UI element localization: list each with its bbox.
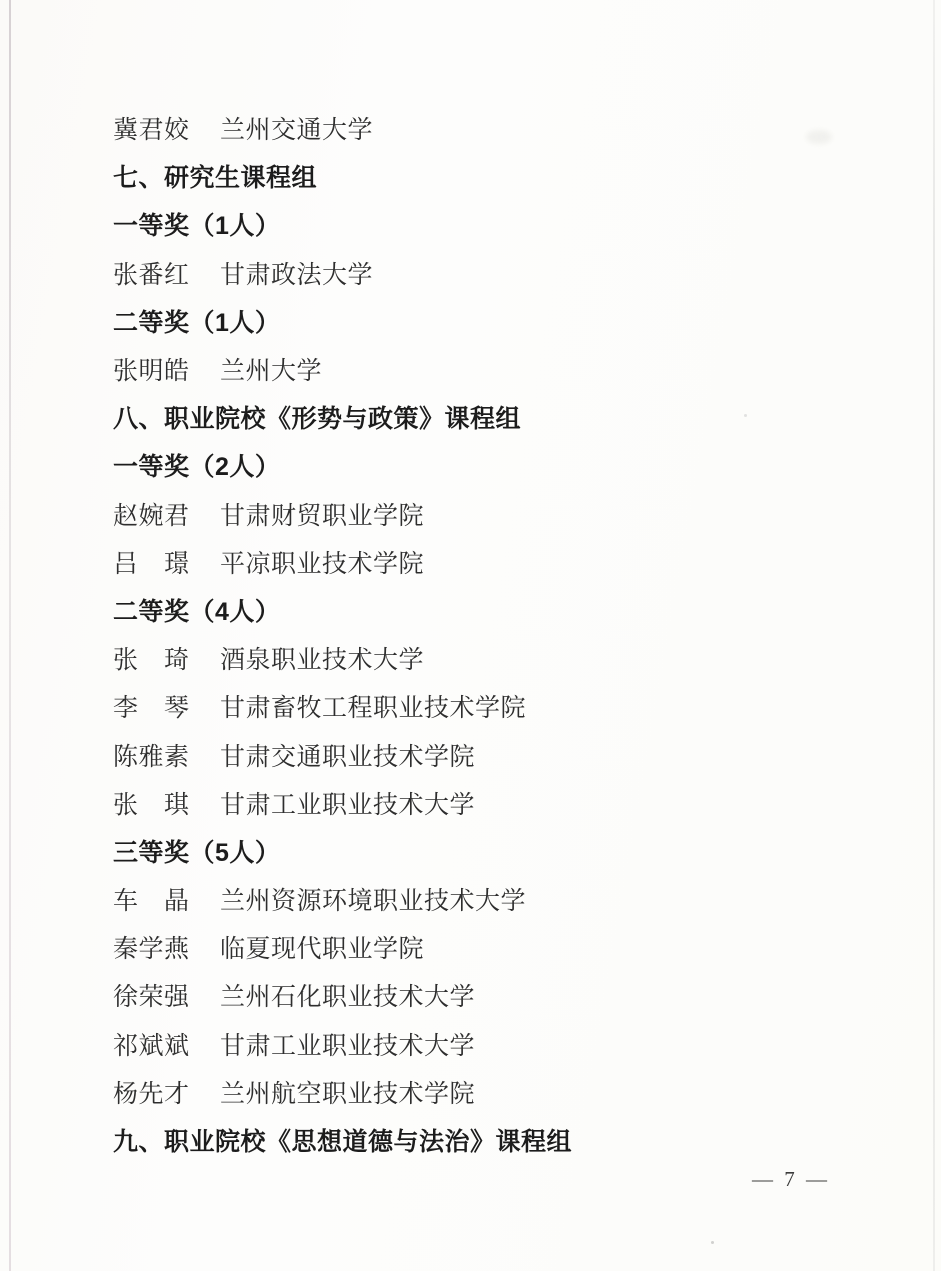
award-winners-list: 冀君姣 兰州交通大学 七、研究生课程组 一等奖（1人） 张番红 甘肃政法大学 二…: [113, 104, 833, 1164]
institution-name: 甘肃工业职业技术大学: [220, 785, 475, 821]
recipient-name: 冀君姣: [113, 110, 191, 146]
award-entry-row: 陈雅素 甘肃交通职业技术学院: [113, 730, 833, 778]
institution-name: 平凉职业技术学院: [220, 544, 424, 580]
scan-speck: [711, 1241, 714, 1244]
award-entry-row: 李 琴 甘肃畜牧工程职业技术学院: [113, 682, 833, 730]
page-number: — 7 —: [746, 1167, 836, 1192]
award-entry-row: 祁斌斌 甘肃工业职业技术大学: [113, 1020, 833, 1068]
recipient-name: 赵婉君: [113, 496, 191, 532]
scan-edge-left-artifact: [9, 0, 11, 1271]
award-entry-row: 张明皓 兰州大学: [113, 345, 833, 393]
section-heading: 九、职业院校《思想道德与法治》课程组: [113, 1116, 833, 1164]
institution-name: 甘肃交通职业技术学院: [220, 737, 475, 773]
recipient-name: 张 琦: [113, 640, 191, 676]
institution-name: 甘肃财贸职业学院: [220, 496, 424, 532]
award-entry-row: 赵婉君 甘肃财贸职业学院: [113, 490, 833, 538]
recipient-name: 车 晶: [113, 881, 191, 917]
recipient-name: 陈雅素: [113, 737, 191, 773]
section-heading: 七、研究生课程组: [113, 152, 833, 200]
scan-edge-right-artifact: [933, 0, 935, 1271]
institution-name: 甘肃工业职业技术大学: [220, 1026, 475, 1062]
award-tier-heading: 二等奖（4人）: [113, 586, 833, 634]
institution-name: 兰州航空职业技术学院: [220, 1074, 475, 1110]
recipient-name: 张番红: [113, 255, 191, 291]
recipient-name: 吕 璟: [113, 544, 191, 580]
institution-name: 甘肃政法大学: [220, 255, 373, 291]
award-entry-row: 车 晶 兰州资源环境职业技术大学: [113, 875, 833, 923]
section-heading: 八、职业院校《形势与政策》课程组: [113, 393, 833, 441]
award-entry-row: 杨先才 兰州航空职业技术学院: [113, 1068, 833, 1116]
recipient-name: 秦学燕: [113, 929, 191, 965]
recipient-name: 祁斌斌: [113, 1026, 191, 1062]
institution-name: 兰州交通大学: [220, 110, 373, 146]
award-entry-row: 吕 璟 平凉职业技术学院: [113, 538, 833, 586]
award-entry-row: 徐荣强 兰州石化职业技术大学: [113, 971, 833, 1019]
institution-name: 兰州资源环境职业技术大学: [220, 881, 526, 917]
award-tier-heading: 一等奖（1人）: [113, 200, 833, 248]
institution-name: 甘肃畜牧工程职业技术学院: [220, 688, 526, 724]
institution-name: 兰州大学: [220, 351, 322, 387]
award-tier-heading: 一等奖（2人）: [113, 441, 833, 489]
award-tier-heading: 二等奖（1人）: [113, 297, 833, 345]
recipient-name: 李 琴: [113, 688, 191, 724]
recipient-name: 张明皓: [113, 351, 191, 387]
institution-name: 酒泉职业技术大学: [220, 640, 424, 676]
institution-name: 兰州石化职业技术大学: [220, 977, 475, 1013]
recipient-name: 杨先才: [113, 1074, 191, 1110]
recipient-name: 张 琪: [113, 785, 191, 821]
award-entry-row: 秦学燕 临夏现代职业学院: [113, 923, 833, 971]
award-entry-row: 张番红 甘肃政法大学: [113, 249, 833, 297]
recipient-name: 徐荣强: [113, 977, 191, 1013]
scanned-document-page: 冀君姣 兰州交通大学 七、研究生课程组 一等奖（1人） 张番红 甘肃政法大学 二…: [0, 0, 941, 1271]
institution-name: 临夏现代职业学院: [220, 929, 424, 965]
award-entry-row: 冀君姣 兰州交通大学: [113, 104, 833, 152]
award-entry-row: 张 琦 酒泉职业技术大学: [113, 634, 833, 682]
award-entry-row: 张 琪 甘肃工业职业技术大学: [113, 779, 833, 827]
award-tier-heading: 三等奖（5人）: [113, 827, 833, 875]
